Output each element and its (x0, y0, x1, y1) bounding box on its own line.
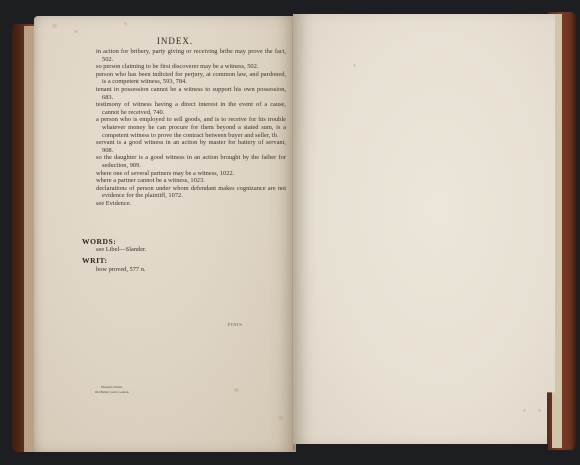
index-title: INDEX. (60, 36, 290, 46)
foxing-spot (279, 416, 283, 420)
index-entry: where one of several partners may be a w… (96, 170, 286, 178)
foxing-spot (234, 388, 239, 392)
foxing-spot (538, 409, 541, 412)
foxing-spot (124, 22, 127, 25)
index-heading-words: WORDS: (82, 237, 116, 246)
foxing-spot (52, 24, 57, 28)
index-entry: servant is a good witness in an action b… (96, 139, 286, 154)
finis-text: FINIS. (228, 322, 244, 327)
index-entry: tenant in possession cannot be a witness… (96, 86, 286, 101)
index-entry: testimony of witness having a direct int… (96, 101, 286, 116)
imprint-line: Old Bailey Court, London. (82, 390, 142, 395)
index-entry: see Evidence. (96, 200, 286, 208)
book-photo: INDEX. in action for bribery, party givi… (0, 0, 580, 465)
printer-imprint: Hansard, Printer, Old Bailey Court, Lond… (82, 385, 142, 394)
right-page (293, 14, 555, 444)
index-entry: person who has been indicted for perjury… (96, 71, 286, 86)
foxing-spot (523, 409, 526, 412)
foxing-spot (74, 30, 78, 33)
index-heading-writ: WRIT: (82, 256, 108, 265)
index-entry: a person who is employed to sell goods, … (96, 116, 286, 139)
foxing-spot (353, 64, 356, 67)
index-entry: so person claiming to be first discovere… (96, 63, 286, 71)
index-subentry: how proved, 577 n. (96, 266, 146, 273)
index-entry: in action for bribery, party giving or r… (96, 48, 286, 63)
index-entry: declarations of person under whom defend… (96, 185, 286, 200)
index-entries: in action for bribery, party giving or r… (96, 48, 286, 207)
index-entry: so the daughter is a good witness in an … (96, 154, 286, 169)
index-subentry: see Libel—Slander. (96, 246, 146, 253)
index-entry: where a partner cannot be a witness, 102… (96, 177, 286, 185)
